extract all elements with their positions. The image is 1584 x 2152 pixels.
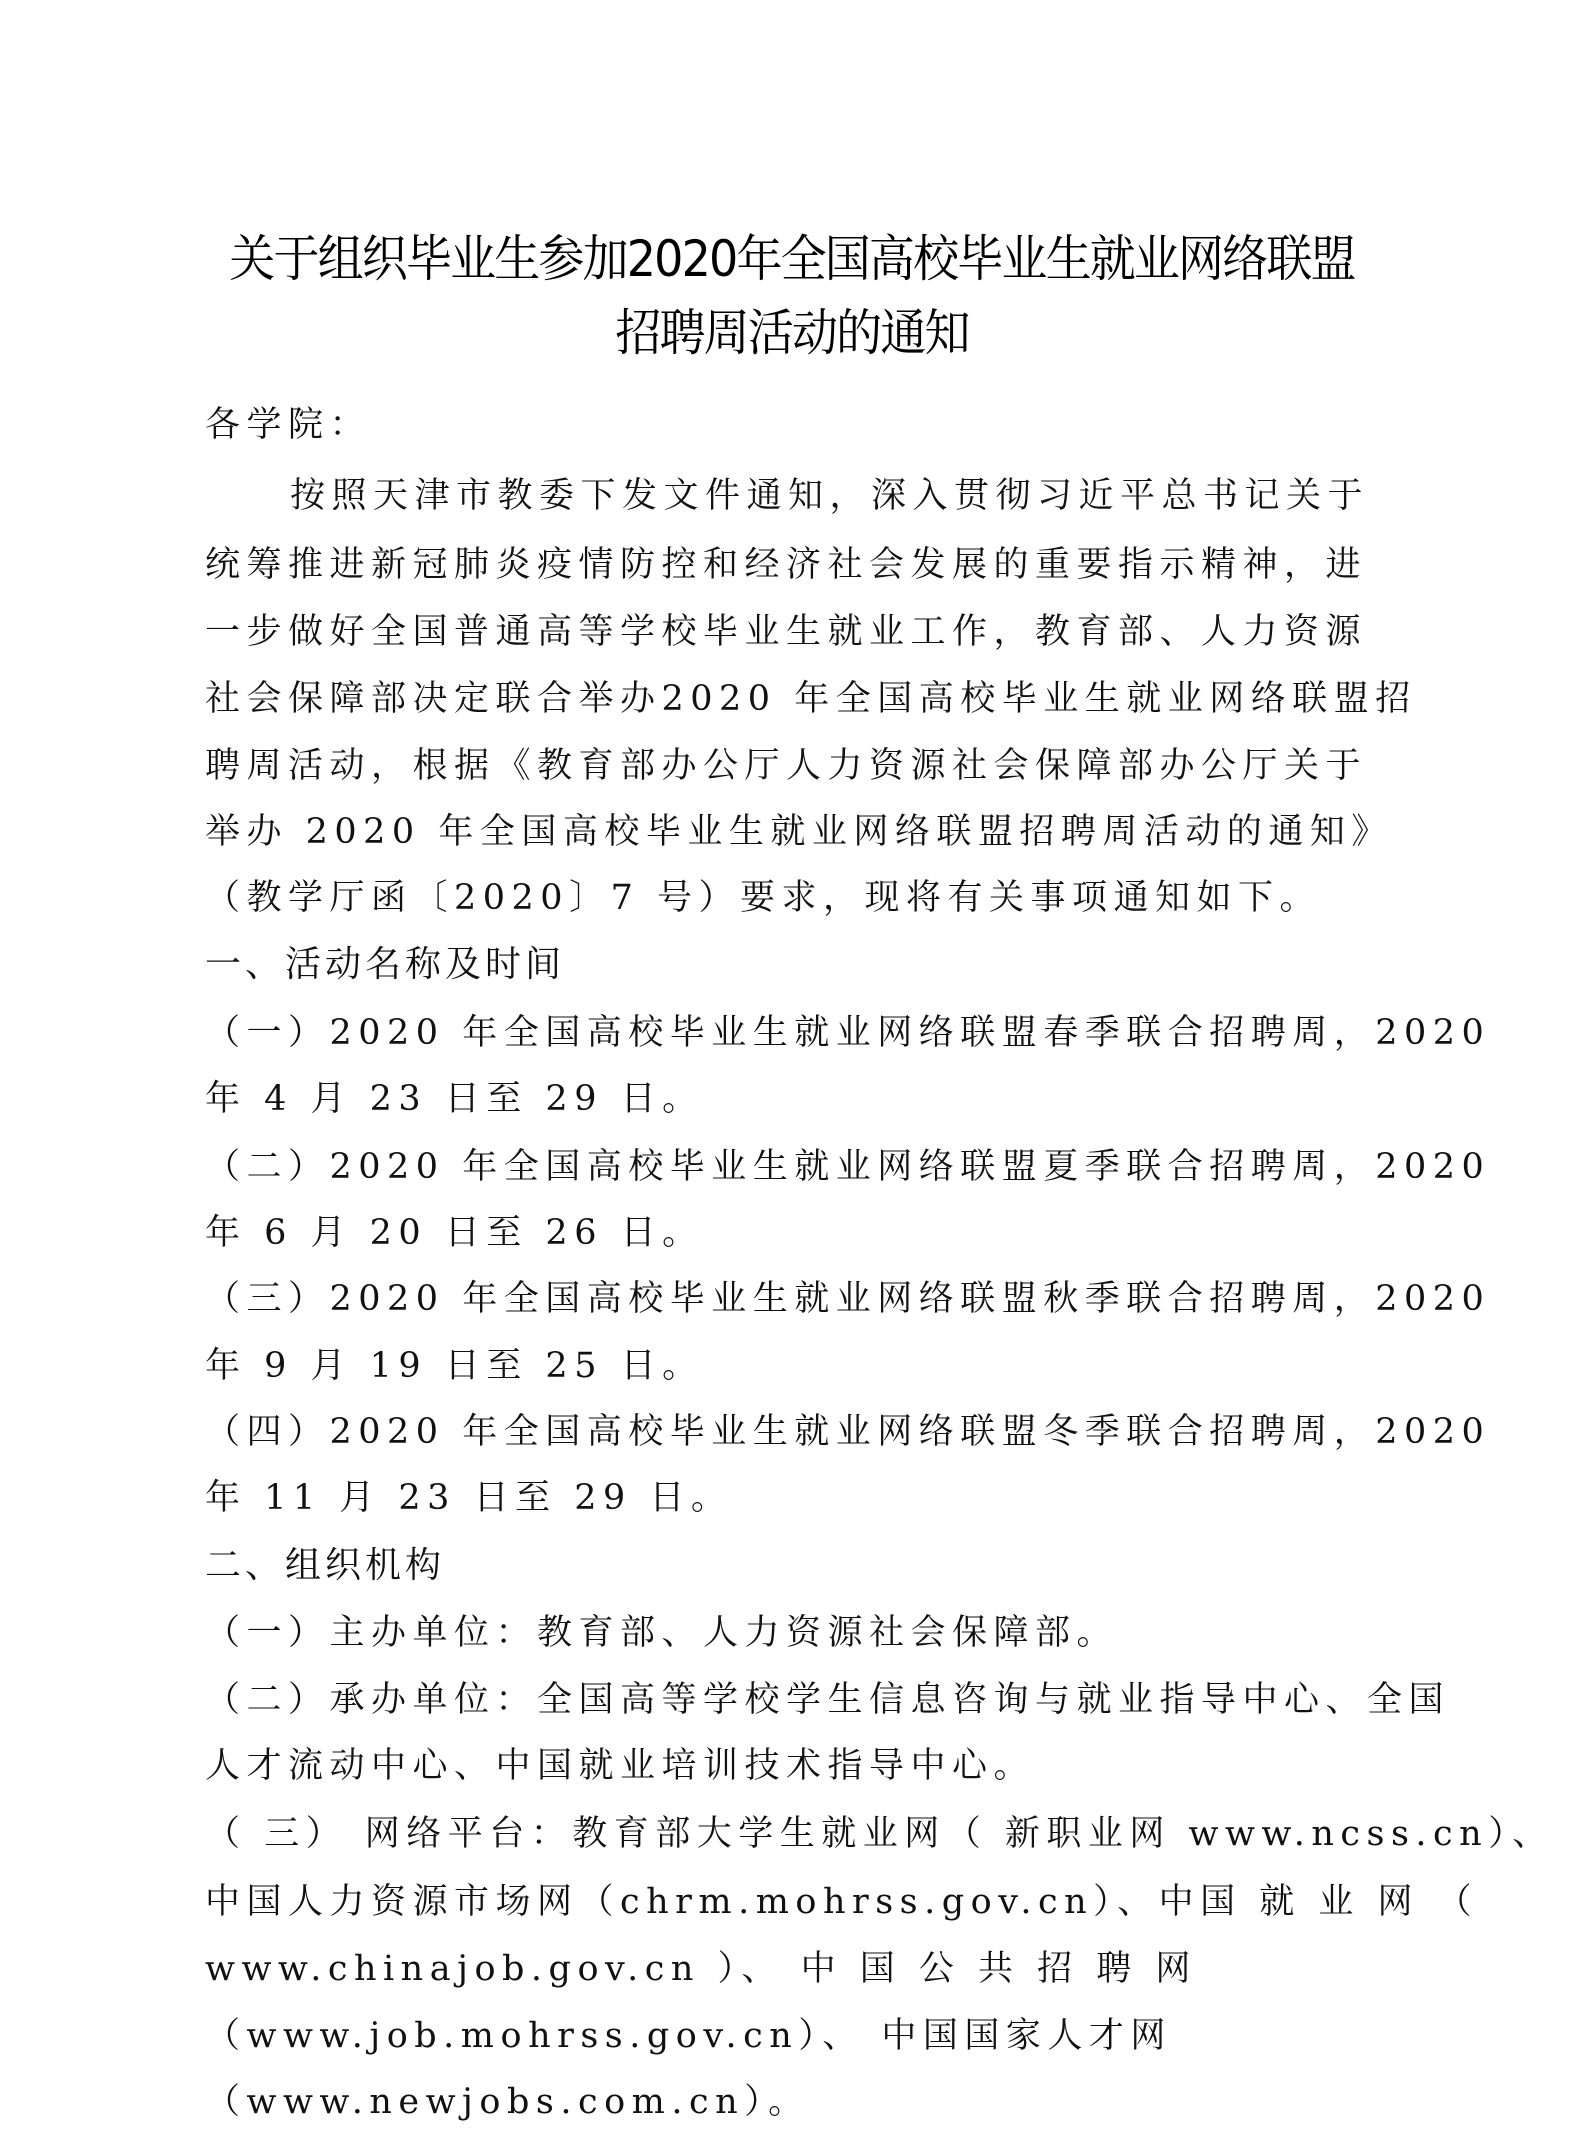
section1-line: 年 11 月 23 日至 29 日。 [205,1473,732,1523]
intro-line: （教学厅函〔2020〕7 号）要求，现将有关事项通知如下。 [205,873,1321,923]
document-page: 关于组织毕业生参加2020年全国高校毕业生就业网络联盟 招聘周活动的通知 各学院… [0,0,1584,2152]
salutation: 各学院： [205,400,371,450]
section1-line: （二）2020 年全国高校毕业生就业网络联盟夏季联合招聘周，2020 [205,1142,1490,1192]
intro-line: 社会保障部决定联合举办2020 年全国高校毕业生就业网络联盟招 [205,674,1417,724]
section2-line: 人才流动中心、中国就业培训技术指导中心。 [205,1741,1035,1791]
section-heading-1: 一、活动名称及时间 [205,940,565,990]
section1-line: 年 6 月 20 日至 26 日。 [205,1208,704,1258]
section1-line: （三）2020 年全国高校毕业生就业网络联盟秋季联合招聘周，2020 [205,1274,1490,1324]
intro-line: 按照天津市教委下发文件通知，深入贯彻习近平总书记关于 [290,471,1369,521]
section2-line: （www.newjobs.com.cn）。 [205,2077,810,2127]
section1-line: 年 9 月 19 日至 25 日。 [205,1341,704,1391]
section2-line: www.chinajob.gov.cn ）、 中 国 公 共 招 聘 网 [205,1944,1197,1994]
section-heading-2: 二、组织机构 [205,1541,445,1591]
section2-line: （二）承办单位：全国高等学校学生信息咨询与就业指导中心、全国 [205,1675,1450,1725]
intro-line: 举办 2020 年全国高校毕业生就业网络联盟招聘周活动的通知》 [205,807,1393,857]
document-title-line-2: 招聘周活动的通知 [63,296,1520,370]
section1-line: 年 4 月 23 日至 29 日。 [205,1074,704,1124]
section1-line: （一）2020 年全国高校毕业生就业网络联盟春季联合招聘周，2020 [205,1008,1490,1058]
intro-line: 一步做好全国普通高等学校毕业生就业工作，教育部、人力资源 [205,607,1367,657]
section1-line: （四）2020 年全国高校毕业生就业网络联盟冬季联合招聘周，2020 [205,1407,1490,1457]
intro-line: 聘周活动，根据《教育部办公厅人力资源社会保障部办公厅关于 [205,741,1367,791]
section2-line: （一）主办单位：教育部、人力资源社会保障部。 [205,1608,1118,1658]
document-title-line-1: 关于组织毕业生参加2020年全国高校毕业生就业网络联盟 [63,222,1520,296]
section2-line: （ 三） 网络平台：教育部大学生就业网（ 新职业网 www.ncss.cn）、 [205,1809,1554,1859]
intro-line: 统筹推进新冠肺炎疫情防控和经济社会发展的重要指示精神，进 [205,540,1367,590]
section2-line: （www.job.mohrss.gov.cn）、 中国国家人才网 [205,2011,1172,2061]
section2-line: 中国人力资源市场网（chrm.mohrss.gov.cn）、中国 就 业 网 （ [205,1877,1478,1927]
